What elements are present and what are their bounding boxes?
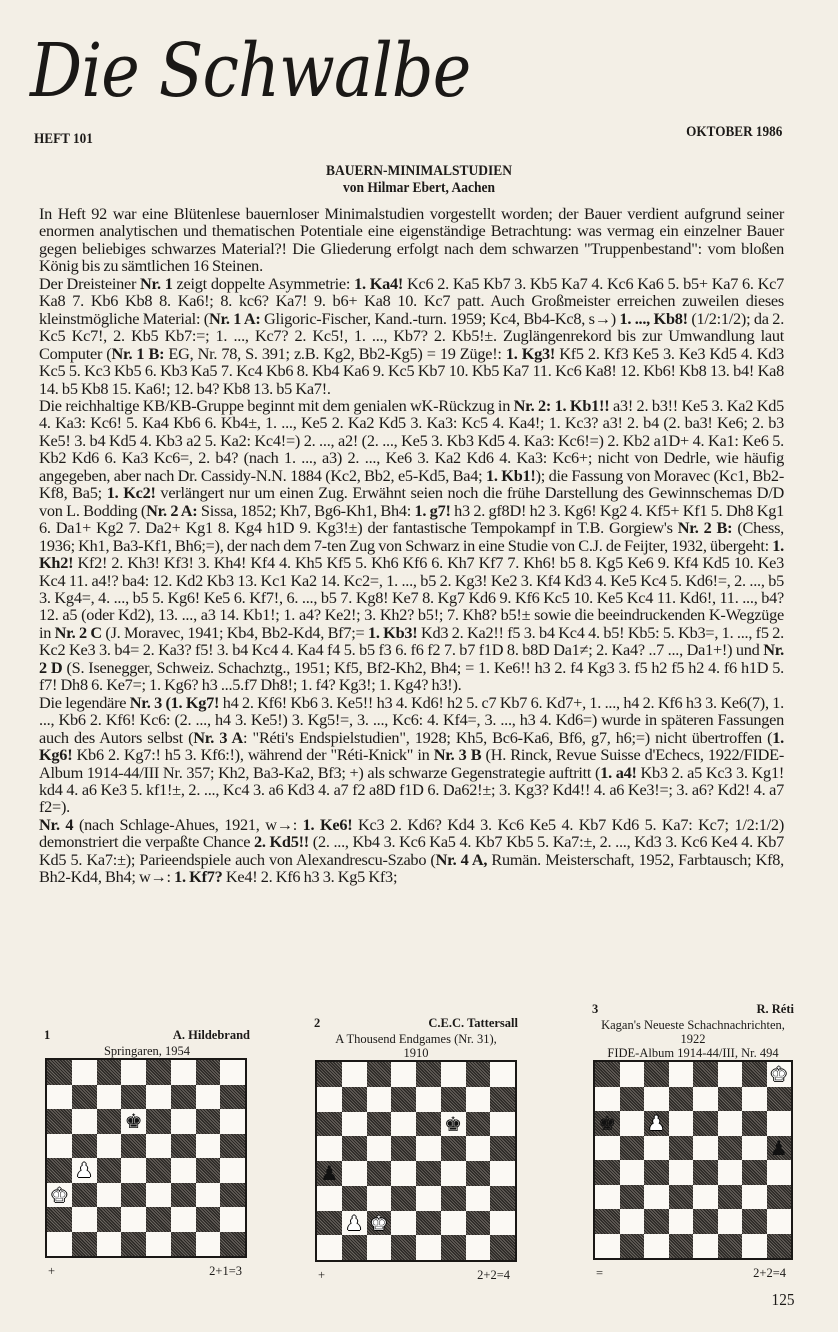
board-square-c6 xyxy=(367,1112,392,1137)
board-square-e8 xyxy=(146,1060,171,1085)
board-square-e4 xyxy=(146,1158,171,1183)
board-square-b5 xyxy=(342,1136,367,1161)
board-square-g1 xyxy=(196,1232,221,1257)
board-square-e5 xyxy=(416,1136,441,1161)
board-square-h1 xyxy=(220,1232,245,1257)
article-body: In Heft 92 war eine Blütenlese bauernlos… xyxy=(39,205,784,886)
board-square-b7 xyxy=(342,1087,367,1112)
board-square-h8: ♚ xyxy=(767,1062,792,1087)
board-square-a3 xyxy=(595,1185,620,1210)
chess-board: ♚♟♟♚ xyxy=(315,1060,517,1262)
black-king-icon: ♚ xyxy=(444,1114,462,1134)
board-square-d4 xyxy=(391,1161,416,1186)
board-square-d7 xyxy=(391,1087,416,1112)
board-square-a4: ♟ xyxy=(317,1161,342,1186)
board-square-h4 xyxy=(767,1160,792,1185)
black-pawn-icon: ♟ xyxy=(320,1163,338,1183)
board-square-f7 xyxy=(171,1085,196,1110)
board-square-a6 xyxy=(47,1109,72,1134)
board-square-e8 xyxy=(416,1062,441,1087)
board-square-b8 xyxy=(342,1062,367,1087)
diagram-source-line: 1910 xyxy=(314,1046,518,1060)
diagram-source: Kagan's Neueste Schachnachrichten,1922FI… xyxy=(592,1018,794,1060)
board-square-g4 xyxy=(742,1160,767,1185)
board-square-b3 xyxy=(342,1186,367,1211)
board-square-g7 xyxy=(466,1087,491,1112)
board-square-c6: ♟ xyxy=(644,1111,669,1136)
board-square-b2: ♟ xyxy=(342,1211,367,1236)
board-square-g1 xyxy=(466,1235,491,1260)
move-emphasis: Nr. 4 A, xyxy=(436,850,488,869)
board-square-e2 xyxy=(693,1209,718,1234)
board-square-h5: ♟ xyxy=(767,1136,792,1161)
board-square-e7 xyxy=(146,1085,171,1110)
board-square-e1 xyxy=(693,1234,718,1259)
board-square-b6 xyxy=(342,1112,367,1137)
diagram-stipulation: + xyxy=(318,1268,325,1283)
board-square-h8 xyxy=(490,1062,515,1087)
diagram-source-line: A Thousend Endgames (Nr. 31), xyxy=(314,1032,518,1046)
board-square-h2 xyxy=(220,1207,245,1232)
diagram-piece-count: 2+2=4 xyxy=(477,1268,510,1283)
board-square-f3 xyxy=(171,1183,196,1208)
board-square-b2 xyxy=(72,1207,97,1232)
board-square-f1 xyxy=(171,1232,196,1257)
move-emphasis: Nr. 3 A xyxy=(193,728,243,747)
board-square-b4 xyxy=(342,1161,367,1186)
board-square-g4 xyxy=(196,1158,221,1183)
board-square-c3 xyxy=(644,1185,669,1210)
board-square-a8 xyxy=(317,1062,342,1087)
move-emphasis: Nr. 1 B: xyxy=(111,344,164,363)
board-square-f8 xyxy=(171,1060,196,1085)
board-square-d3 xyxy=(391,1186,416,1211)
diagram-source: Springaren, 1954 xyxy=(44,1044,250,1058)
board-square-h6 xyxy=(220,1109,245,1134)
board-square-b1 xyxy=(72,1232,97,1257)
white-pawn-icon: ♟ xyxy=(345,1213,363,1233)
board-square-b6 xyxy=(72,1109,97,1134)
diagram-3: 3 R. Réti Kagan's Neueste Schachnachrich… xyxy=(592,1002,794,1282)
board-square-a3 xyxy=(317,1186,342,1211)
board-square-a7 xyxy=(317,1087,342,1112)
move-emphasis: 1. g7! xyxy=(415,501,451,520)
board-square-e6 xyxy=(146,1109,171,1134)
board-square-d8 xyxy=(669,1062,694,1087)
board-square-c3 xyxy=(367,1186,392,1211)
diagram-footer: = 2+2=4 xyxy=(592,1264,794,1282)
board-square-a4 xyxy=(47,1158,72,1183)
board-square-a5 xyxy=(47,1134,72,1159)
board-square-f5 xyxy=(441,1136,466,1161)
board-square-d4 xyxy=(121,1158,146,1183)
board-square-h7 xyxy=(220,1085,245,1110)
board-square-e3 xyxy=(693,1185,718,1210)
board-square-g6 xyxy=(466,1112,491,1137)
move-emphasis: 1. Kh2! xyxy=(39,536,784,572)
board-square-f6 xyxy=(718,1111,743,1136)
board-square-h2 xyxy=(490,1211,515,1236)
board-square-b5 xyxy=(620,1136,645,1161)
diagram-2: 2 C.E.C. Tattersall A Thousend Endgames … xyxy=(314,1016,518,1284)
article-paragraph: Der Dreisteiner Nr. 1 zeigt doppelte Asy… xyxy=(39,275,784,397)
board-square-f8 xyxy=(441,1062,466,1087)
board-square-a8 xyxy=(47,1060,72,1085)
board-square-g3 xyxy=(742,1185,767,1210)
board-square-c5 xyxy=(97,1134,122,1159)
board-square-c8 xyxy=(367,1062,392,1087)
diagram-source-line: Springaren, 1954 xyxy=(44,1044,250,1058)
board-square-c2: ♚ xyxy=(367,1211,392,1236)
board-square-d4 xyxy=(669,1160,694,1185)
board-square-a1 xyxy=(47,1232,72,1257)
board-square-e6 xyxy=(693,1111,718,1136)
board-square-b5 xyxy=(72,1134,97,1159)
board-square-c3 xyxy=(97,1183,122,1208)
move-emphasis: Nr. 2 A: xyxy=(146,501,197,520)
diagram-source: A Thousend Endgames (Nr. 31),1910 xyxy=(314,1032,518,1060)
board-square-f2 xyxy=(718,1209,743,1234)
board-square-g8 xyxy=(742,1062,767,1087)
board-square-g3 xyxy=(466,1186,491,1211)
board-square-a1 xyxy=(595,1234,620,1259)
board-square-d3 xyxy=(669,1185,694,1210)
chess-board: ♚♚♟♟ xyxy=(593,1060,793,1260)
board-square-f2 xyxy=(441,1211,466,1236)
diagram-number: 1 xyxy=(44,1028,50,1043)
move-emphasis: 2. Kd5!! xyxy=(254,832,309,851)
board-square-d7 xyxy=(669,1087,694,1112)
board-square-h6 xyxy=(767,1111,792,1136)
board-square-c2 xyxy=(644,1209,669,1234)
diagram-header: 2 C.E.C. Tattersall xyxy=(314,1016,518,1032)
diagram-number: 2 xyxy=(314,1016,320,1031)
board-square-a1 xyxy=(317,1235,342,1260)
board-square-g5 xyxy=(196,1134,221,1159)
board-square-e4 xyxy=(416,1161,441,1186)
board-square-g6 xyxy=(196,1109,221,1134)
board-square-a3: ♚ xyxy=(47,1183,72,1208)
board-square-c1 xyxy=(367,1235,392,1260)
move-emphasis: Nr. 2 D xyxy=(39,640,784,676)
article-paragraph: Die reichhaltige KB/KB-Gruppe beginnt mi… xyxy=(39,397,784,694)
issue-date: OKTOBER 1986 xyxy=(686,124,782,141)
board-square-a5 xyxy=(595,1136,620,1161)
diagram-footer: + 2+1=3 xyxy=(44,1262,250,1280)
board-square-f5 xyxy=(171,1134,196,1159)
board-square-a2 xyxy=(317,1211,342,1236)
white-king-icon: ♚ xyxy=(370,1213,388,1233)
diagram-source-line: FIDE-Album 1914-44/III, Nr. 494 xyxy=(592,1046,794,1060)
board-square-d1 xyxy=(391,1235,416,1260)
board-square-e1 xyxy=(146,1232,171,1257)
board-square-b7 xyxy=(72,1085,97,1110)
board-square-d7 xyxy=(121,1085,146,1110)
board-square-f1 xyxy=(718,1234,743,1259)
board-square-h4 xyxy=(490,1161,515,1186)
diagram-source-line: 1922 xyxy=(592,1032,794,1046)
white-pawn-icon: ♟ xyxy=(647,1113,665,1133)
board-square-g7 xyxy=(196,1085,221,1110)
board-square-g5 xyxy=(466,1136,491,1161)
board-square-c6 xyxy=(97,1109,122,1134)
board-square-c7 xyxy=(367,1087,392,1112)
white-king-icon: ♚ xyxy=(770,1064,788,1084)
board-square-f4 xyxy=(718,1160,743,1185)
board-square-b3 xyxy=(72,1183,97,1208)
board-square-a6 xyxy=(317,1112,342,1137)
board-square-b6 xyxy=(620,1111,645,1136)
board-square-h5 xyxy=(490,1136,515,1161)
board-square-a7 xyxy=(595,1087,620,1112)
masthead: Die Schwalbe xyxy=(30,28,470,114)
diagram-row: 1 A. Hildebrand Springaren, 1954 ♚♟♚ + 2… xyxy=(0,1010,838,1280)
board-square-h3 xyxy=(220,1183,245,1208)
board-square-d5 xyxy=(669,1136,694,1161)
board-square-g8 xyxy=(466,1062,491,1087)
move-emphasis: 1. Kg3! xyxy=(506,344,555,363)
black-pawn-icon: ♟ xyxy=(770,1138,788,1158)
article-title: BAUERN-MINIMALSTUDIEN xyxy=(42,163,796,180)
board-square-g2 xyxy=(742,1209,767,1234)
board-square-f8 xyxy=(718,1062,743,1087)
move-emphasis: Nr. 3 (1. Kg7! xyxy=(130,693,219,712)
board-square-e5 xyxy=(146,1134,171,1159)
board-square-d3 xyxy=(121,1183,146,1208)
board-square-c5 xyxy=(644,1136,669,1161)
move-emphasis: 1. a4! xyxy=(600,763,636,782)
board-square-a5 xyxy=(317,1136,342,1161)
board-square-d6: ♚ xyxy=(121,1109,146,1134)
board-square-f2 xyxy=(171,1207,196,1232)
board-square-g7 xyxy=(742,1087,767,1112)
move-emphasis: Nr. 2: 1. Kb1!! xyxy=(514,396,610,415)
black-king-icon: ♚ xyxy=(598,1113,616,1133)
board-square-a7 xyxy=(47,1085,72,1110)
diagram-piece-count: 2+1=3 xyxy=(209,1264,242,1279)
board-square-b7 xyxy=(620,1087,645,1112)
diagram-stipulation: = xyxy=(596,1266,603,1281)
board-square-c2 xyxy=(97,1207,122,1232)
diagram-number: 3 xyxy=(592,1002,598,1017)
board-square-a2 xyxy=(595,1209,620,1234)
move-emphasis: 1. Ke6! xyxy=(303,815,353,834)
board-square-e4 xyxy=(693,1160,718,1185)
board-square-c4 xyxy=(367,1161,392,1186)
chess-board: ♚♟♚ xyxy=(45,1058,247,1258)
board-square-e7 xyxy=(693,1087,718,1112)
board-square-h4 xyxy=(220,1158,245,1183)
board-square-b8 xyxy=(620,1062,645,1087)
move-emphasis: 1. Kf7? xyxy=(174,867,222,886)
move-emphasis: Nr. 2 C xyxy=(55,623,102,642)
board-square-c8 xyxy=(644,1062,669,1087)
board-square-c4 xyxy=(644,1160,669,1185)
move-emphasis: Nr. 2 B: xyxy=(678,518,733,537)
board-square-b1 xyxy=(620,1234,645,1259)
board-square-d1 xyxy=(669,1234,694,1259)
board-square-f1 xyxy=(441,1235,466,1260)
white-pawn-icon: ♟ xyxy=(75,1160,93,1180)
diagram-author: A. Hildebrand xyxy=(173,1028,250,1043)
board-square-b4 xyxy=(620,1160,645,1185)
board-square-c1 xyxy=(644,1234,669,1259)
board-square-f5 xyxy=(718,1136,743,1161)
board-square-a8 xyxy=(595,1062,620,1087)
board-square-d6 xyxy=(669,1111,694,1136)
issue-number: HEFT 101 xyxy=(34,131,93,148)
board-square-a2 xyxy=(47,1207,72,1232)
board-square-f4 xyxy=(171,1158,196,1183)
move-emphasis: Nr. 1 xyxy=(140,274,173,293)
board-square-d2 xyxy=(669,1209,694,1234)
board-square-e5 xyxy=(693,1136,718,1161)
board-square-f6 xyxy=(171,1109,196,1134)
diagram-stipulation: + xyxy=(48,1264,55,1279)
board-square-g2 xyxy=(196,1207,221,1232)
move-emphasis: 1. Kc2! xyxy=(107,483,156,502)
board-square-h1 xyxy=(767,1234,792,1259)
board-square-g3 xyxy=(196,1183,221,1208)
black-king-icon: ♚ xyxy=(125,1111,143,1131)
board-square-g5 xyxy=(742,1136,767,1161)
board-square-a6: ♚ xyxy=(595,1111,620,1136)
board-square-f4 xyxy=(441,1161,466,1186)
diagram-author: R. Réti xyxy=(757,1002,795,1017)
board-square-c5 xyxy=(367,1136,392,1161)
move-emphasis: 1. Kb3! xyxy=(368,623,418,642)
board-square-h6 xyxy=(490,1112,515,1137)
board-square-h3 xyxy=(767,1185,792,1210)
board-square-e2 xyxy=(416,1211,441,1236)
board-square-e7 xyxy=(416,1087,441,1112)
diagram-1: 1 A. Hildebrand Springaren, 1954 ♚♟♚ + 2… xyxy=(44,1028,250,1280)
board-square-d2 xyxy=(121,1207,146,1232)
board-square-d5 xyxy=(391,1136,416,1161)
diagram-piece-count: 2+2=4 xyxy=(753,1266,786,1281)
board-square-f3 xyxy=(718,1185,743,1210)
board-square-d1 xyxy=(121,1232,146,1257)
board-square-d8 xyxy=(121,1060,146,1085)
board-square-d2 xyxy=(391,1211,416,1236)
board-square-g2 xyxy=(466,1211,491,1236)
diagram-header: 3 R. Réti xyxy=(592,1002,794,1018)
board-square-f7 xyxy=(718,1087,743,1112)
page-number: 125 xyxy=(771,1290,794,1310)
board-square-g6 xyxy=(742,1111,767,1136)
board-square-b4: ♟ xyxy=(72,1158,97,1183)
board-square-h7 xyxy=(490,1087,515,1112)
board-square-b8 xyxy=(72,1060,97,1085)
board-square-e1 xyxy=(416,1235,441,1260)
board-square-f6: ♚ xyxy=(441,1112,466,1137)
article-paragraph: Nr. 4 (nach Schlage-Ahues, 1921, w→: 1. … xyxy=(39,816,784,886)
board-square-e3 xyxy=(416,1186,441,1211)
board-square-c8 xyxy=(97,1060,122,1085)
article-paragraph: Die legendäre Nr. 3 (1. Kg7! h4 2. Kf6! … xyxy=(39,694,784,816)
move-emphasis: 1. Ka4! xyxy=(354,274,403,293)
board-square-h1 xyxy=(490,1235,515,1260)
board-square-f3 xyxy=(441,1186,466,1211)
board-square-h7 xyxy=(767,1087,792,1112)
article-paragraph: In Heft 92 war eine Blütenlese bauernlos… xyxy=(39,205,784,275)
article-byline: von Hilmar Ebert, Aachen xyxy=(42,180,796,197)
diagram-author: C.E.C. Tattersall xyxy=(428,1016,518,1031)
board-square-b2 xyxy=(620,1209,645,1234)
board-square-a4 xyxy=(595,1160,620,1185)
board-square-b3 xyxy=(620,1185,645,1210)
board-square-c4 xyxy=(97,1158,122,1183)
board-square-b1 xyxy=(342,1235,367,1260)
board-square-f7 xyxy=(441,1087,466,1112)
board-square-h5 xyxy=(220,1134,245,1159)
board-square-d8 xyxy=(391,1062,416,1087)
board-square-g1 xyxy=(742,1234,767,1259)
move-emphasis: 1. Kb1! xyxy=(486,466,536,485)
move-emphasis: Nr. 4 xyxy=(39,815,73,834)
board-square-e6 xyxy=(416,1112,441,1137)
move-emphasis: Nr. 3 B xyxy=(434,745,482,764)
board-square-d5 xyxy=(121,1134,146,1159)
board-square-c7 xyxy=(644,1087,669,1112)
board-square-g4 xyxy=(466,1161,491,1186)
move-emphasis: 1. Kg6! xyxy=(39,728,784,764)
board-square-e2 xyxy=(146,1207,171,1232)
diagram-source-line: Kagan's Neueste Schachnachrichten, xyxy=(592,1018,794,1032)
white-king-icon: ♚ xyxy=(50,1185,68,1205)
diagram-header: 1 A. Hildebrand xyxy=(44,1028,250,1044)
board-square-e3 xyxy=(146,1183,171,1208)
board-square-e8 xyxy=(693,1062,718,1087)
move-emphasis: 1. ..., Kb8! xyxy=(619,309,687,328)
board-square-h2 xyxy=(767,1209,792,1234)
board-square-h8 xyxy=(220,1060,245,1085)
board-square-h3 xyxy=(490,1186,515,1211)
board-square-c1 xyxy=(97,1232,122,1257)
move-emphasis: Nr. 1 A: xyxy=(209,309,261,328)
board-square-d6 xyxy=(391,1112,416,1137)
board-square-g8 xyxy=(196,1060,221,1085)
diagram-footer: + 2+2=4 xyxy=(314,1266,518,1284)
board-square-c7 xyxy=(97,1085,122,1110)
